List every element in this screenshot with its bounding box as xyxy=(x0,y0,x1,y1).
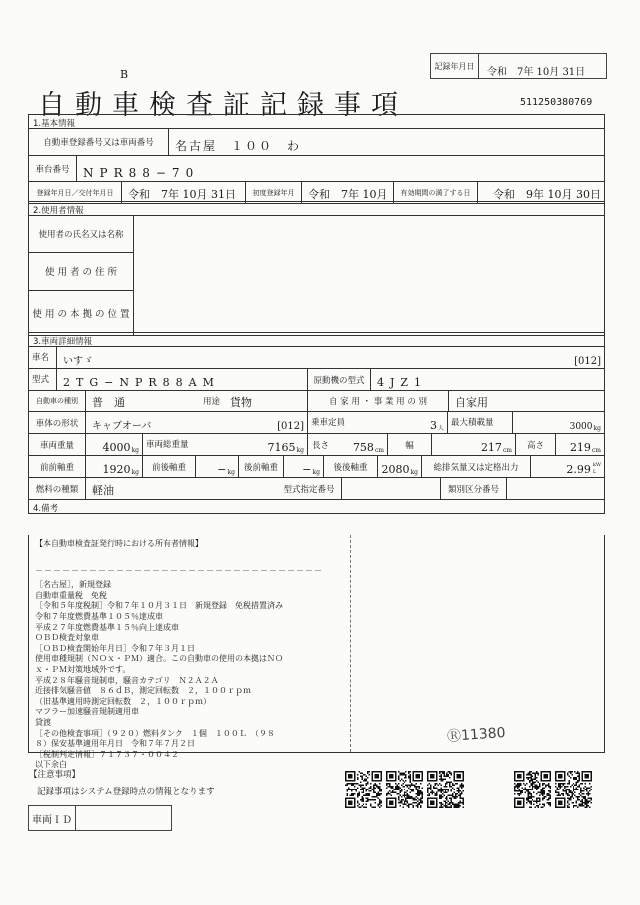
vehicle-id-label: 車両ＩＤ xyxy=(29,806,76,830)
expiry-date-value: 令和 9年 10月 30日 xyxy=(477,182,604,203)
kg-unit: kg xyxy=(313,469,320,476)
front-front-axle-label: 前前軸重 xyxy=(29,456,85,477)
weight-value: 4000 xyxy=(103,441,131,454)
vehicle-id-value xyxy=(76,806,171,830)
model-label: 型式 xyxy=(29,369,56,390)
remarks-lines: ［名古屋］，新規登録自動車重量税 免税［令和５年度税制］令和７年１０月３１日 新… xyxy=(35,580,345,771)
length-label: 長さ xyxy=(307,434,333,455)
section-vehicle-details: 3.車両詳細情報 車名 いすゞ [012] 型式 2TG−NPR88AM 原動機… xyxy=(28,332,605,514)
max-load-label: 最大積載量 xyxy=(447,412,512,433)
make-value: いすゞ xyxy=(63,352,93,367)
section-2-heading: 2.使用者情報 xyxy=(29,202,604,215)
document-number: 511250380769 xyxy=(520,97,592,108)
remark-line: 使用車種規制（ＮＯｘ・ＰＭ）適合。この自動車の使用の本拠はＮＯ xyxy=(35,654,345,665)
gross-weight-label: 車両総重量 xyxy=(142,434,195,455)
remark-line: マフラー加速騒音規制適用車 xyxy=(35,707,345,718)
cm-unit: cm xyxy=(503,447,512,454)
displacement-unit-kw: kW xyxy=(593,462,601,469)
remarks-left-column: 【本自動車検査証発行時における所有者情報】 －－－－－－－－－－－－－－－－－－… xyxy=(35,539,345,771)
notice-text: 記録事項はシステム登録時点の情報となります xyxy=(37,785,215,797)
engine-model-value: 4JZ1 xyxy=(370,369,604,390)
fuel-label: 燃料の種類 xyxy=(29,478,85,499)
qr-code-4 xyxy=(514,771,551,808)
user-name-label: 使用者の氏名又は名称 xyxy=(29,216,133,253)
vehicle-class-value: 普 通 xyxy=(85,391,200,411)
remark-line: ８）保安基準適用年月日 令和７年７月２日 xyxy=(35,739,345,750)
qr-code-2 xyxy=(386,771,423,808)
remark-line: ［ＯＢＤ検査開始年月日］令和７年３月１日 xyxy=(35,644,345,655)
front-rear-axle-value: − xyxy=(217,463,226,476)
displacement-unit-l: L xyxy=(593,469,601,476)
remark-line: ｘ・ＰＭ対策地域外です。 xyxy=(35,665,345,676)
section-1-heading: 1.基本情報 xyxy=(29,115,604,128)
rear-front-axle-label: 後前軸重 xyxy=(238,456,283,477)
base-location-label: 使 用 の 本 拠 の 位 置 xyxy=(29,291,133,335)
width-label: 幅 xyxy=(387,434,431,455)
remarks-area: 【本自動車検査証発行時における所有者情報】 －－－－－－－－－－－－－－－－－－… xyxy=(28,535,605,753)
cm-unit: cm xyxy=(375,447,384,454)
form-letter: B xyxy=(120,68,128,81)
use-type-label: 自 家 用 ・ 事 業 用 の 別 xyxy=(307,391,448,411)
remark-line: ＯＢＤ検査対象車 xyxy=(35,633,345,644)
length-value: 758 xyxy=(353,441,374,454)
make-code: [012] xyxy=(574,356,601,367)
width-value: 217 xyxy=(481,441,502,454)
purpose-value: 貨物 xyxy=(224,391,307,411)
chassis-number-value: NPR88−70 xyxy=(76,156,604,181)
cm-unit: cm xyxy=(592,447,601,454)
notice-title: 【注意事項】 xyxy=(29,768,80,780)
gross-weight-value: 7165 xyxy=(268,441,296,454)
capacity-unit: 人 xyxy=(438,423,444,432)
use-type-value: 自家用 xyxy=(448,391,604,411)
kg-unit: kg xyxy=(132,469,139,476)
remark-line: 自動車重量税 免税 xyxy=(35,591,345,602)
capacity-value: 3 xyxy=(430,419,437,432)
remarks-separator: －－－－－－－－－－－－－－－－－－－－－－－－－－－－－－－－ xyxy=(35,566,345,577)
remark-line: 平成２８年騒音規制車，騒音カテゴリ Ｎ２Ａ２Ａ xyxy=(35,676,345,687)
record-date-box: 記録年月日 令和 7年 10月 31日 xyxy=(430,53,607,79)
first-registration-value: 令和 7年 10月 xyxy=(301,182,393,203)
kg-unit: kg xyxy=(594,425,601,432)
remark-line: 平成２７年度燃費基準１５％向上達成車 xyxy=(35,623,345,634)
category-label: 類別区分番号 xyxy=(440,478,506,499)
rear-rear-axle-value: 2080 xyxy=(382,463,410,476)
model-value: 2TG−NPR88AM xyxy=(56,369,307,390)
front-rear-axle-label: 前後軸重 xyxy=(142,456,195,477)
engine-model-label: 原動機の型式 xyxy=(307,369,370,390)
record-date-value: 令和 7年 10月 31日 xyxy=(479,54,606,78)
user-info-values xyxy=(133,216,604,335)
section-4-heading: 4.備考 xyxy=(29,500,604,513)
rear-rear-axle-label: 後後軸重 xyxy=(323,456,377,477)
fuel-value: 軽油 xyxy=(85,478,277,499)
make-label: 車名 xyxy=(29,347,56,368)
qr-code-1 xyxy=(345,771,382,808)
remark-line: 貸渡 xyxy=(35,718,345,729)
registration-number-value: 名古屋 １００ わ xyxy=(168,129,604,155)
registration-number-label: 自動車登録番号又は車両番号 xyxy=(29,129,168,155)
displacement-value: 2.99 xyxy=(566,463,591,476)
type-designation-label: 型式指定番号 xyxy=(277,478,341,499)
body-shape-code: [012] xyxy=(277,421,304,432)
remark-line: ［税制判定情報］７１７３７・００４２ xyxy=(35,750,345,761)
user-address-label: 使 用 者 の 住 所 xyxy=(29,253,133,290)
weight-label: 車両重量 xyxy=(29,434,85,455)
body-shape-label: 車体の形状 xyxy=(29,412,85,433)
kg-unit: kg xyxy=(411,469,418,476)
body-shape-value: キャブオーバ xyxy=(92,417,151,432)
vehicle-id-box: 車両ＩＤ xyxy=(28,805,172,831)
first-registration-label: 初度登録年月 xyxy=(245,182,301,203)
type-designation-value xyxy=(341,478,440,499)
remark-line: 令和７年度燃費基準１０５％達成車 xyxy=(35,612,345,623)
remark-line: ［その他検査事項］（９２０）燃料タンク １個 １００Ｌ （９８ xyxy=(35,729,345,740)
record-date-label: 記録年月日 xyxy=(431,54,479,78)
height-label: 高さ xyxy=(515,434,555,455)
handwritten-stamp: Ⓡ11380 xyxy=(446,722,506,746)
front-front-axle-value: 1920 xyxy=(103,463,131,476)
kg-unit: kg xyxy=(228,469,235,476)
max-load-value: 3000 xyxy=(570,422,593,432)
remark-line: 以下余白 xyxy=(35,760,345,771)
qr-code-5 xyxy=(555,771,592,808)
remark-line: ［令和５年度税制］令和７年１０月３１日 新規登録 免税措置済み xyxy=(35,601,345,612)
vehicle-class-label: 自動車の種別 xyxy=(29,391,85,411)
remark-line: ［名古屋］，新規登録 xyxy=(35,580,345,591)
category-value xyxy=(506,478,604,499)
section-3-heading: 3.車両詳細情報 xyxy=(29,333,604,346)
chassis-number-label: 車台番号 xyxy=(29,156,76,181)
qr-code-3 xyxy=(427,771,464,808)
owner-info-heading: 【本自動車検査証発行時における所有者情報】 xyxy=(35,539,345,550)
expiry-label: 有効期間の満了する日 xyxy=(393,182,477,203)
kg-unit: kg xyxy=(297,447,304,454)
kg-unit: kg xyxy=(132,447,139,454)
capacity-label: 乗車定員 xyxy=(307,412,363,433)
registration-date-label: 登録年月日／交付年月日 xyxy=(29,182,121,203)
purpose-label: 用途 xyxy=(200,391,224,411)
remarks-divider xyxy=(350,535,351,752)
registration-date-value: 令和 7年 10月 31日 xyxy=(121,182,245,203)
rear-front-axle-value: − xyxy=(302,463,311,476)
height-value: 219 xyxy=(570,441,591,454)
section-user-info: 2.使用者情報 使用者の氏名又は名称 使 用 者 の 住 所 使 用 の 本 拠… xyxy=(28,201,605,336)
section-basic-info: 1.基本情報 自動車登録番号又は車両番号 名古屋 １００ わ 車台番号 NPR8… xyxy=(28,114,605,204)
remark-line: （旧基準適用時測定回転数 ２，１００ｒｐｍ） xyxy=(35,697,345,708)
displacement-label: 総排気量又は定格出力 xyxy=(421,456,530,477)
remark-line: 近接排気騒音値 ８６ｄＢ，測定回転数 ２，１００ｒｐｍ xyxy=(35,686,345,697)
